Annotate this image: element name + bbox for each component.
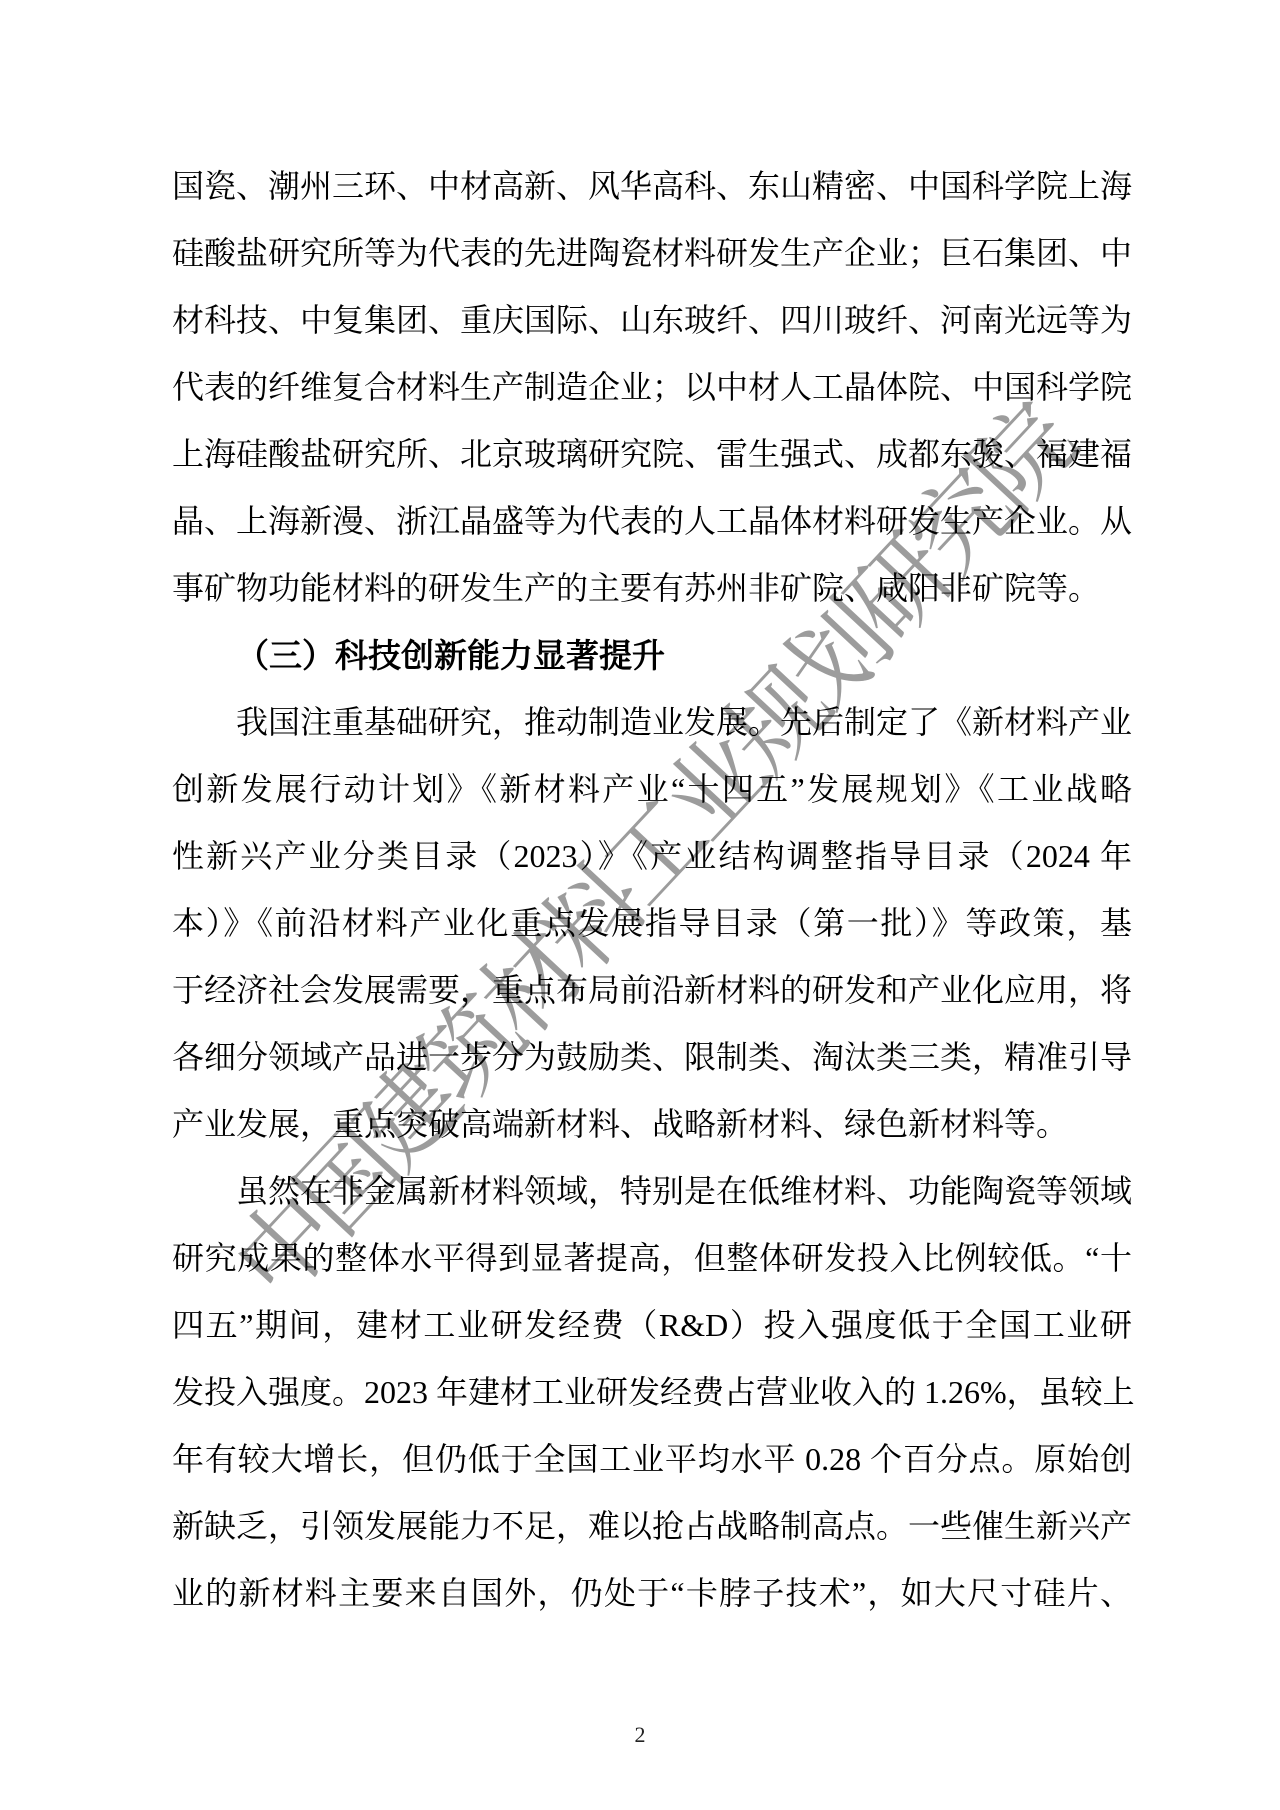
text-line: 各细分领域产品进一步分为鼓励类、限制类、淘汰类三类，精准引导: [172, 1024, 1132, 1091]
text-line: 新缺乏，引领发展能力不足，难以抢占战略制高点。一些催生新兴产: [172, 1493, 1132, 1560]
section-heading: （三）科技创新能力显著提升: [172, 622, 1132, 689]
text-line: 材科技、中复集团、重庆国际、山东玻纤、四川玻纤、河南光远等为: [172, 287, 1132, 354]
document-page: 中国建筑材料工业规划研究院 国瓷、潮州三环、中材高新、风华高科、东山精密、中国科…: [0, 0, 1280, 1810]
text-line: 业的新材料主要来自国外，仍处于“卡脖子技术”，如大尺寸硅片、: [172, 1560, 1132, 1627]
text-line: 虽然在非金属新材料领域，特别是在低维材料、功能陶瓷等领域: [172, 1158, 1132, 1225]
text-block: 国瓷、潮州三环、中材高新、风华高科、东山精密、中国科学院上海硅酸盐研究所等为代表…: [172, 153, 1132, 1627]
text-line: 上海硅酸盐研究所、北京玻璃研究院、雷生强式、成都东骏、福建福: [172, 421, 1132, 488]
text-line: 事矿物功能材料的研发生产的主要有苏州非矿院、咸阳非矿院等。: [172, 555, 1132, 622]
text-line: 本）》《前沿材料产业化重点发展指导目录（第一批）》等政策，基: [172, 890, 1132, 957]
text-line: 创新发展行动计划》《新材料产业“十四五”发展规划》《工业战略: [172, 756, 1132, 823]
text-line: 硅酸盐研究所等为代表的先进陶瓷材料研发生产企业；巨石集团、中: [172, 220, 1132, 287]
text-line: 发投入强度。2023 年建材工业研发经费占营业收入的 1.26%，虽较上: [172, 1359, 1132, 1426]
text-line: 产业发展，重点突破高端新材料、战略新材料、绿色新材料等。: [172, 1091, 1132, 1158]
text-line: 四五”期间，建材工业研发经费（R&D）投入强度低于全国工业研: [172, 1292, 1132, 1359]
text-line: 晶、上海新漫、浙江晶盛等为代表的人工晶体材料研发生产企业。从: [172, 488, 1132, 555]
text-line: 性新兴产业分类目录（2023）》《产业结构调整指导目录（2024 年: [172, 823, 1132, 890]
text-line: 于经济社会发展需要，重点布局前沿新材料的研发和产业化应用，将: [172, 957, 1132, 1024]
text-line: 国瓷、潮州三环、中材高新、风华高科、东山精密、中国科学院上海: [172, 153, 1132, 220]
text-line: 我国注重基础研究，推动制造业发展。先后制定了《新材料产业: [172, 689, 1132, 756]
page-number: 2: [635, 1722, 646, 1747]
page-footer: 2: [0, 1722, 1280, 1748]
text-line: 研究成果的整体水平得到显著提高，但整体研发投入比例较低。“十: [172, 1225, 1132, 1292]
text-line: 代表的纤维复合材料生产制造企业；以中材人工晶体院、中国科学院: [172, 354, 1132, 421]
text-line: 年有较大增长，但仍低于全国工业平均水平 0.28 个百分点。原始创: [172, 1426, 1132, 1493]
